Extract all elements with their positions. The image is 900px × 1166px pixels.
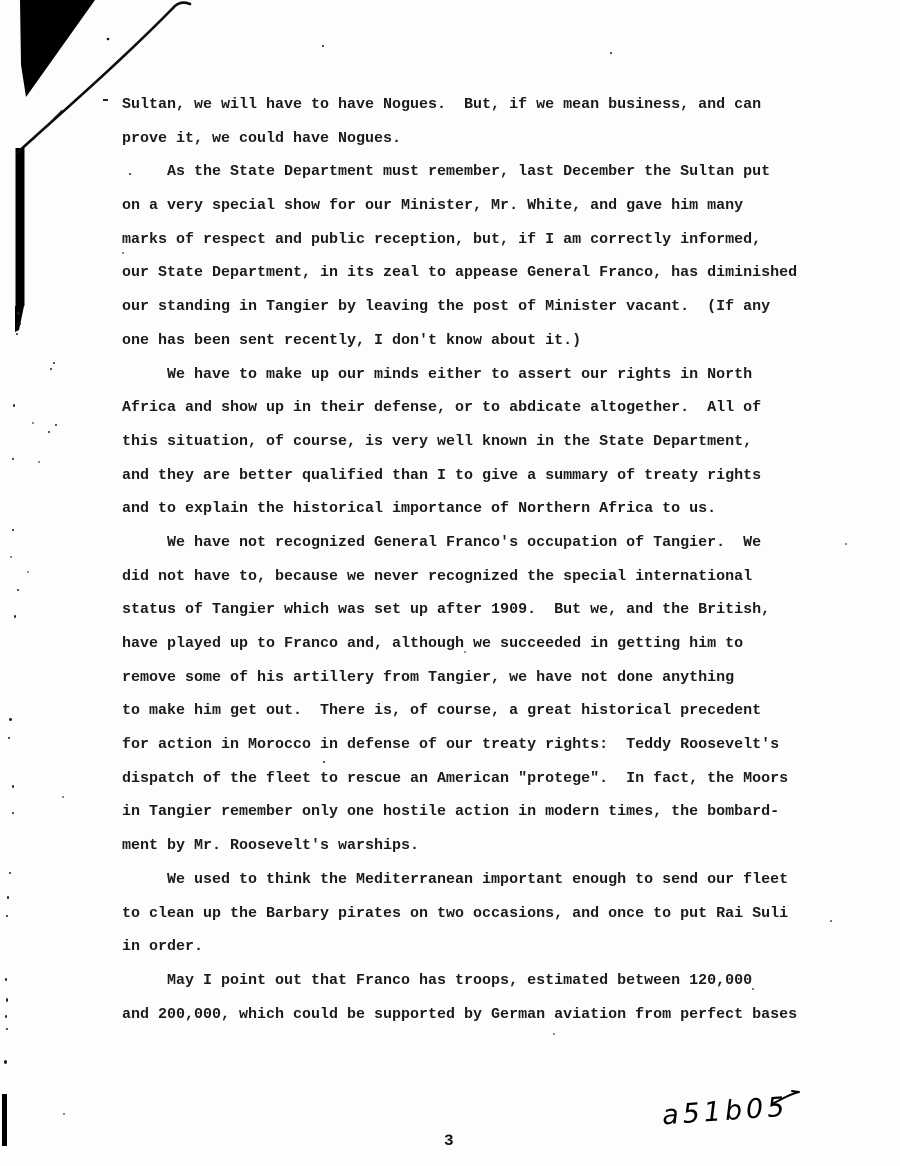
text-line: to make him get out. There is, of course…	[122, 694, 797, 728]
text-line: in Tangier remember only one hostile act…	[122, 795, 797, 829]
scan-speck	[464, 651, 466, 653]
scan-speck	[19, 322, 21, 325]
scan-speck	[12, 529, 14, 531]
scan-speck	[12, 812, 14, 814]
scan-speck	[323, 761, 325, 763]
text-line: this situation, of course, is very well …	[122, 425, 797, 459]
scan-speck	[9, 718, 12, 721]
text-line: and to explain the historical importance…	[122, 492, 797, 526]
scan-speck	[48, 431, 50, 433]
scan-speck	[16, 333, 18, 335]
text-line: Africa and show up in their defense, or …	[122, 391, 797, 425]
text-line: on a very special show for our Minister,…	[122, 189, 797, 223]
scan-speck	[17, 589, 19, 591]
text-line: and 200,000, which could be supported by…	[122, 998, 797, 1032]
scan-speck	[752, 988, 754, 990]
scan-speck	[6, 998, 8, 1002]
text-line: Sultan, we will have to have Nogues. But…	[122, 88, 797, 122]
scan-speck	[12, 458, 14, 460]
page-number: 3	[444, 1132, 454, 1150]
text-line: prove it, we could have Nogues.	[122, 122, 797, 156]
scan-speck	[553, 1033, 555, 1035]
scan-speck	[830, 920, 832, 922]
text-line: ment by Mr. Roosevelt's warships.	[122, 829, 797, 863]
scan-speck	[129, 173, 131, 175]
scan-speck	[6, 915, 8, 917]
scan-speck	[7, 896, 9, 899]
scan-speck	[4, 1060, 7, 1064]
scan-speck	[53, 362, 55, 364]
text-line: and they are better qualified than I to …	[122, 459, 797, 493]
scan-speck	[9, 872, 11, 874]
scanned-document-page: Sultan, we will have to have Nogues. But…	[0, 0, 900, 1166]
scan-speck	[32, 422, 34, 424]
text-line: remove some of his artillery from Tangie…	[122, 661, 797, 695]
scan-speck	[5, 1015, 7, 1018]
text-line: in order.	[122, 930, 797, 964]
scan-speck	[12, 785, 14, 788]
pen-flourish-stroke	[770, 1089, 804, 1107]
scan-speck	[5, 978, 7, 981]
scan-speck	[13, 404, 15, 407]
text-line: We have to make up our minds either to a…	[122, 358, 797, 392]
scan-speck	[845, 543, 847, 545]
text-line: to clean up the Barbary pirates on two o…	[122, 897, 797, 931]
scan-speck	[63, 1113, 65, 1115]
scan-speck	[6, 1028, 8, 1030]
scan-speck	[14, 615, 16, 618]
text-line: our standing in Tangier by leaving the p…	[122, 290, 797, 324]
text-line: our State Department, in its zeal to app…	[122, 256, 797, 290]
typewritten-text: Sultan, we will have to have Nogues. But…	[122, 88, 797, 1031]
scan-speck	[38, 461, 40, 463]
scan-speck	[122, 252, 124, 254]
text-line: status of Tangier which was set up after…	[122, 593, 797, 627]
scan-speck	[27, 571, 29, 573]
scan-speck	[50, 368, 52, 370]
scan-speck	[55, 424, 57, 426]
text-line: have played up to Franco and, although w…	[122, 627, 797, 661]
scan-speck	[10, 556, 12, 558]
text-line: We have not recognized General Franco's …	[122, 526, 797, 560]
text-line: for action in Morocco in defense of our …	[122, 728, 797, 762]
scan-edge-bar	[2, 1094, 7, 1146]
scan-speck	[17, 312, 20, 315]
scan-speck	[62, 796, 64, 798]
text-line: As the State Department must remember, l…	[122, 155, 797, 189]
scan-speck	[610, 52, 612, 54]
text-line: We used to think the Mediterranean impor…	[122, 863, 797, 897]
scan-speck	[8, 737, 10, 739]
text-line: dispatch of the fleet to rescue an Ameri…	[122, 762, 797, 796]
scan-speck	[322, 45, 324, 47]
text-line: marks of respect and public reception, b…	[122, 223, 797, 257]
text-line: one has been sent recently, I don't know…	[122, 324, 797, 358]
text-line: did not have to, because we never recogn…	[122, 560, 797, 594]
text-line: May I point out that Franco has troops, …	[122, 964, 797, 998]
